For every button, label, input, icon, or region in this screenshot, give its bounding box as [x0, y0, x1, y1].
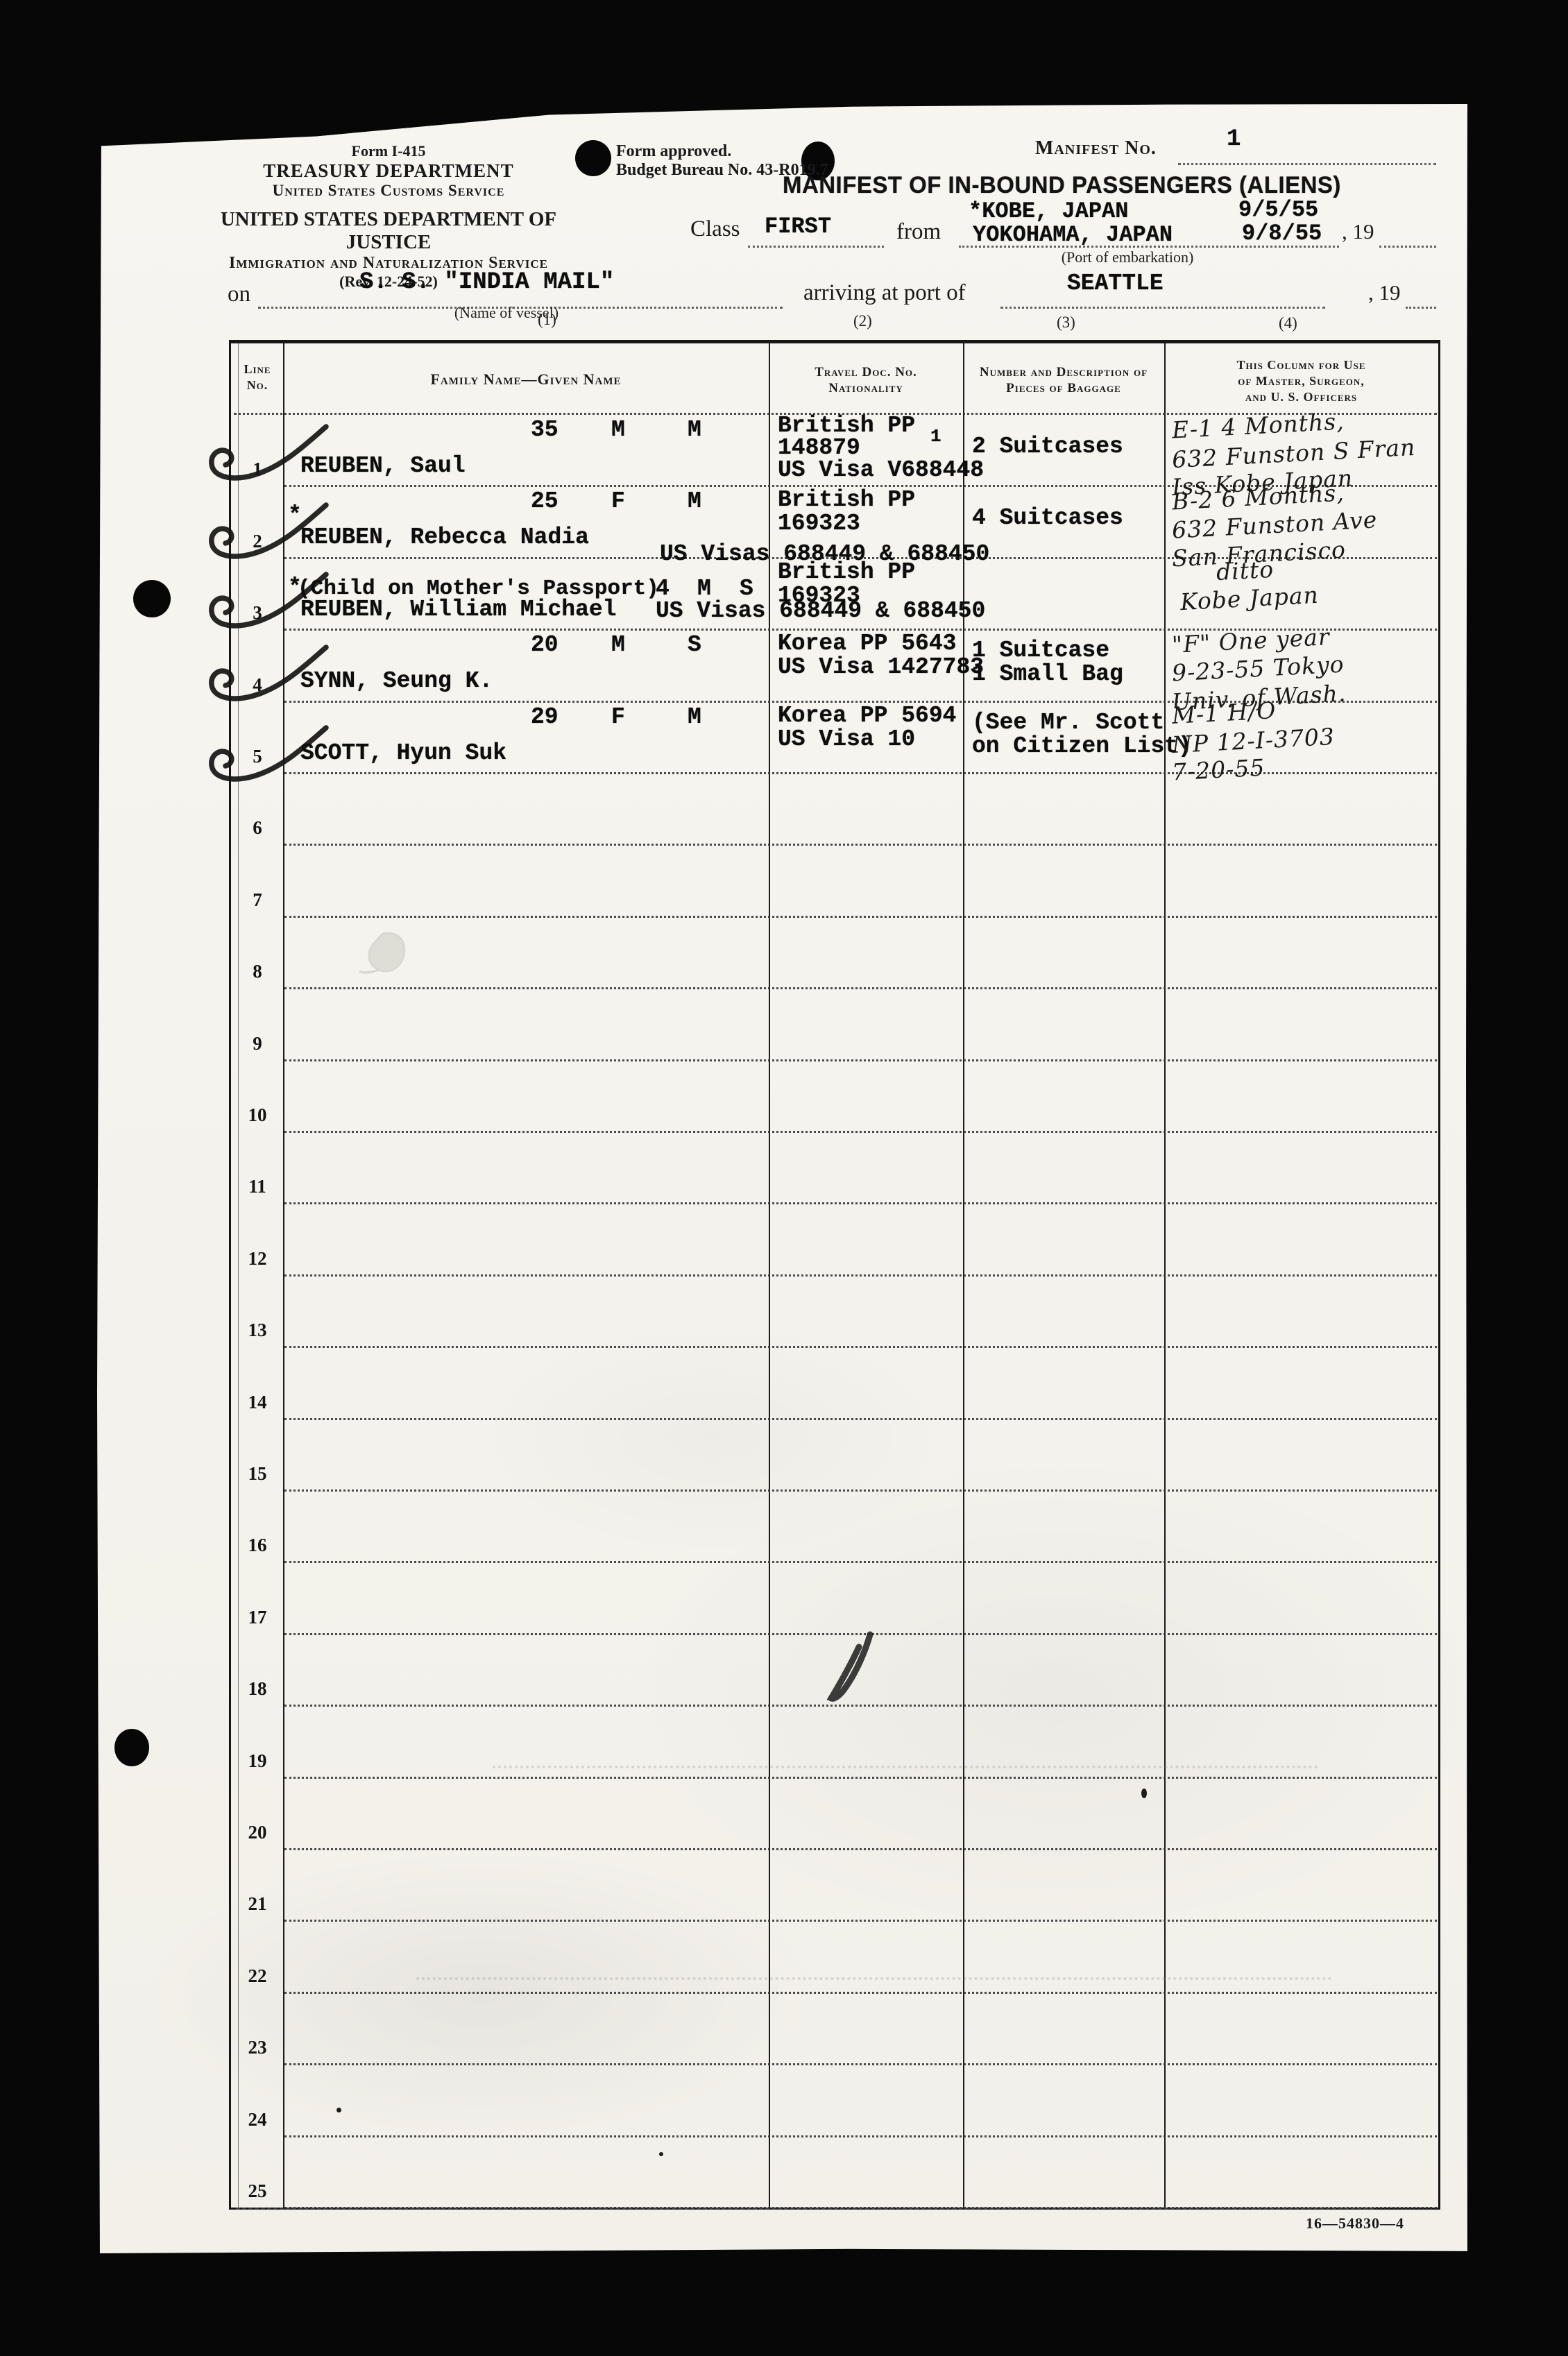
travel-doc-line: US Visa 1427783	[778, 656, 984, 678]
embark-date-2: 9/8/55	[1242, 221, 1322, 246]
pencil-smudge	[416, 1977, 1332, 1980]
table-row: 16	[231, 1490, 1438, 1562]
ink-speck	[1141, 1789, 1147, 1798]
baggage-line: on Citizen List)	[972, 735, 1192, 758]
passenger-age: 20	[531, 633, 559, 656]
header-baggage-l1: Number and Description of	[963, 364, 1164, 380]
line-number: 15	[241, 1463, 274, 1485]
passenger-sex: M	[611, 418, 625, 441]
on-label: on	[228, 282, 250, 307]
passenger-name: REUBEN, William Michael	[300, 598, 616, 621]
passenger-age: 29	[531, 706, 559, 728]
header-baggage: Number and Description of Pieces of Bagg…	[963, 364, 1164, 396]
header-officers: This Column for Use of Master, Surgeon, …	[1164, 357, 1438, 405]
line-number: 18	[241, 1678, 274, 1700]
ink-speck	[336, 2108, 341, 2112]
arrival-leader	[1000, 307, 1325, 309]
baggage-line: 1 Suitcase	[972, 639, 1109, 662]
line-number: 20	[241, 1822, 274, 1843]
embark-port-line1: *KOBE, JAPAN	[969, 198, 1128, 224]
manifest-no-label: Manifest No.	[1035, 137, 1157, 160]
line-number: 24	[241, 2109, 274, 2131]
table-row: 6	[231, 773, 1438, 844]
scanned-manifest-screenshot: Form I-415 TREASURY DEPARTMENT United St…	[0, 0, 1568, 2356]
travel-overlay: US Visas 688449 & 688450	[656, 599, 985, 622]
year-b-leader	[1406, 307, 1436, 309]
table-bottom-dash	[236, 2208, 1374, 2210]
embark-port-line2: YOKOHAMA, JAPAN	[973, 222, 1173, 248]
travel-doc-line: Korea PP 5694	[778, 704, 956, 727]
print-code: 16—54830—4	[1306, 2214, 1404, 2233]
passenger-name: REUBEN, Rebecca Nadia	[300, 526, 589, 549]
line-number: 10	[241, 1104, 274, 1126]
header-name: Family Name—Given Name	[283, 371, 769, 387]
header-travel-l2: Nationality	[769, 380, 963, 396]
baggage-line: 2 Suitcases	[972, 435, 1123, 458]
line-number: 16	[241, 1535, 274, 1556]
travel-doc-line: Korea PP 5643	[778, 632, 956, 655]
table-row: 12	[231, 1203, 1438, 1274]
line-number: 25	[241, 2180, 274, 2202]
from-label: from	[896, 219, 941, 245]
embark-date-1: 9/5/55	[1238, 197, 1318, 223]
passenger-age: 25	[531, 490, 559, 513]
passenger-sex: M	[697, 577, 711, 600]
line-number: 17	[241, 1607, 274, 1628]
header-officers-l2: of Master, Surgeon,	[1164, 373, 1438, 389]
officer-note: E-1 4 Months,	[1171, 410, 1345, 442]
passenger-status: M	[688, 418, 701, 441]
header-line-no: Line No.	[232, 361, 282, 393]
baggage-line: (See Mr. Scott	[972, 711, 1164, 734]
manifest-no-leader	[1178, 163, 1436, 165]
passenger-status: S	[688, 633, 701, 656]
travel-doc-line: US Visa 10	[778, 728, 915, 751]
travel-doc-line: 169323	[778, 512, 860, 535]
passenger-table: Line No. Family Name—Given Name Travel D…	[229, 340, 1440, 2210]
table-row: 21	[231, 1849, 1438, 1920]
line-number: 7	[241, 889, 274, 911]
name-asterisk: *	[288, 504, 302, 527]
passenger-name: SCOTT, Hyun Suk	[300, 742, 506, 765]
passenger-sex: M	[611, 633, 625, 656]
justice-department: UNITED STATES DEPARTMENT OF JUSTICE	[180, 208, 597, 254]
vessel-name: S. S. "INDIA MAIL"	[359, 269, 614, 296]
header-officers-l3: and U. S. Officers	[1164, 389, 1438, 405]
travel-doc-line: US Visa V688448	[778, 459, 984, 481]
line-number: 23	[241, 2037, 274, 2058]
class-leader	[748, 246, 884, 248]
table-row: 11	[231, 1132, 1438, 1203]
table-row: 529FMSCOTT, Hyun SukKorea PP 5694US Visa…	[231, 701, 1438, 773]
table-row: 2*25FMREUBEN, Rebecca NadiaBritish PP169…	[231, 486, 1438, 557]
table-row: 22	[231, 1920, 1438, 1992]
year-a-leader	[1379, 246, 1436, 248]
line-number: 9	[241, 1033, 274, 1055]
table-row: 8	[231, 916, 1438, 988]
year-suffix-b: , 19	[1368, 280, 1401, 305]
baggage-line: 1 Small Bag	[972, 663, 1123, 685]
table-row: 10	[231, 1060, 1438, 1132]
treasury-department: TREASURY DEPARTMENT	[180, 160, 597, 182]
header-travel: Travel Doc. No. Nationality	[769, 364, 963, 396]
travel-doc-tick: 1	[930, 425, 941, 448]
passenger-status: M	[688, 706, 701, 728]
table-row: 15	[231, 1419, 1438, 1490]
form-title: MANIFEST OF IN-BOUND PASSENGERS (ALIENS)	[783, 172, 1341, 199]
table-row: 13	[231, 1275, 1438, 1347]
travel-doc-line: British PP	[778, 488, 915, 511]
table-row: 23	[231, 1992, 1438, 2064]
line-number: 12	[241, 1248, 274, 1270]
document-page: Form I-415 TREASURY DEPARTMENT United St…	[97, 104, 1467, 2253]
table-row: 25	[231, 2136, 1438, 2208]
officer-note: M-1 H/O	[1171, 699, 1277, 727]
class-value: FIRST	[765, 214, 831, 239]
column-number-3: (3)	[1057, 314, 1075, 332]
hole-punch	[133, 580, 171, 617]
header-travel-l1: Travel Doc. No.	[769, 364, 963, 380]
travel-doc-line: British PP	[778, 561, 915, 583]
passenger-name: SYNN, Seung K.	[300, 669, 493, 692]
table-row: 420MSSYNN, Seung K.Korea PP 5643US Visa …	[231, 629, 1438, 701]
pencil-smudge	[493, 1766, 1318, 1768]
line-number: 22	[241, 1965, 274, 1987]
line-number: 19	[241, 1750, 274, 1772]
column-number-2: (2)	[853, 312, 872, 330]
hole-punch	[114, 1729, 149, 1766]
embark-caption: (Port of embarkation)	[1041, 248, 1214, 266]
line-number: 11	[241, 1176, 274, 1197]
travel-doc-line: 148879	[778, 436, 860, 459]
table-row: 9	[231, 988, 1438, 1059]
header-officers-l1: This Column for Use	[1164, 357, 1438, 373]
header-line-no-l1: Line	[232, 361, 282, 377]
passenger-age: 4	[656, 577, 670, 600]
header-baggage-l2: Pieces of Baggage	[963, 380, 1164, 396]
table-row: 14	[231, 1347, 1438, 1418]
table-row: 135MMREUBEN, SaulBritish PP148879US Visa…	[231, 414, 1438, 486]
officer-note: NP 12-I-3703	[1171, 724, 1335, 756]
column-number-4: (4)	[1279, 314, 1297, 332]
ink-speck	[659, 2152, 663, 2156]
line-number: 8	[241, 961, 274, 982]
passenger-name: REUBEN, Saul	[300, 454, 466, 477]
officer-note: Kobe Japan	[1179, 583, 1319, 613]
form-number: Form I-415	[180, 142, 597, 160]
line-number: 21	[241, 1893, 274, 1915]
watermark-leaf	[355, 928, 409, 981]
arrival-port: SEATTLE	[1067, 271, 1164, 296]
form-approved-note: Form approved.	[616, 142, 828, 161]
table-row: 24	[231, 2064, 1438, 2135]
baggage-line: 4 Suitcases	[972, 506, 1123, 529]
officer-note: ditto	[1216, 558, 1275, 583]
ink-blot	[826, 1630, 888, 1707]
table-row: 17	[231, 1562, 1438, 1633]
year-suffix-a: , 19	[1342, 219, 1374, 244]
passenger-status: M	[688, 490, 701, 513]
header-line-no-l2: No.	[232, 377, 282, 393]
customs-service: United States Customs Service	[180, 182, 597, 200]
column-number-1: (1)	[538, 311, 556, 329]
table-row: 20	[231, 1777, 1438, 1849]
table-row: 7	[231, 844, 1438, 916]
arriving-label: arriving at port of	[803, 280, 966, 306]
line-number: 14	[241, 1392, 274, 1413]
line-number: 13	[241, 1320, 274, 1341]
passenger-age: 35	[531, 418, 559, 441]
passenger-status: S	[740, 577, 753, 600]
travel-doc-line: British PP	[778, 414, 915, 437]
line-number: 6	[241, 817, 274, 839]
passenger-sex: F	[611, 490, 625, 513]
issuer-block: Form I-415 TREASURY DEPARTMENT United St…	[180, 142, 597, 291]
manifest-no-value: 1	[1227, 126, 1241, 153]
officer-note: 9-23-55 Tokyo	[1171, 653, 1345, 685]
table-row: 3*(Child on Mother's Passport)4MSREUBEN,…	[231, 558, 1438, 629]
class-label: Class	[690, 216, 740, 242]
passenger-sex: F	[611, 706, 625, 728]
